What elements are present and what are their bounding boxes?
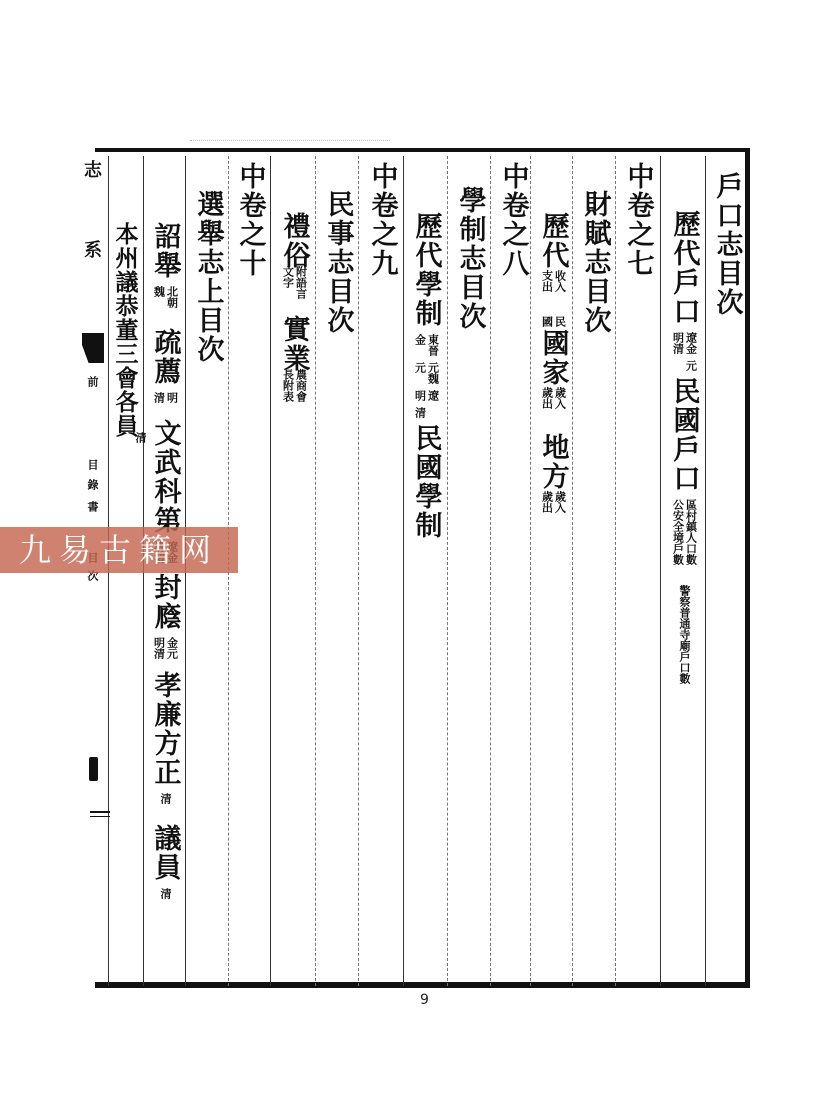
fold-edge-title: 系 [78, 240, 100, 264]
column-rule [447, 156, 448, 986]
entry-note: 遼金 明清 [672, 332, 697, 354]
entry-note: 歲入 歲出 [541, 491, 566, 513]
faint-header-trace [190, 140, 390, 143]
volume-heading: 中卷之九 [363, 162, 402, 278]
entry-title: 議員 [146, 824, 185, 882]
column-volume-7: 中卷之七 [618, 162, 658, 278]
entry-note: 元魏 元 [414, 362, 439, 384]
column-finance-heading: 財賦志目次 [575, 190, 615, 335]
entry-note: 歲入 歲出 [541, 387, 566, 409]
entry-title: 疏薦 [146, 328, 185, 386]
fold-edge-dash [90, 811, 110, 813]
column-household-entries: 歷代戶口 遼金 明清 元 元 民國戶口 區村鎮人口數 公安全境戶數 警察普通寺廟… [664, 210, 704, 690]
column-rule [490, 156, 491, 986]
column-education-heading: 學制志目次 [450, 186, 490, 331]
column-rule [270, 156, 271, 986]
entry-title: 歷代戶口 [665, 210, 704, 326]
section-heading: 選舉志上目次 [189, 190, 228, 364]
column-household-heading: 戶口志目次 [707, 172, 747, 317]
entry-note: 農商會 長附表 [282, 369, 307, 402]
entry-note: 北朝 魏 [153, 286, 178, 308]
fold-edge-dash [90, 816, 110, 817]
watermark-banner: 九易古籍网 [0, 527, 238, 573]
column-rule [530, 156, 531, 986]
page-number: 9 [420, 992, 429, 1008]
column-rule [358, 156, 359, 986]
column-election-heading: 選舉志上目次 [188, 190, 228, 364]
entry-title: 民國學制 [407, 424, 446, 540]
column-volume-9: 中卷之九 [362, 162, 402, 278]
entry-note: 清 [159, 793, 171, 804]
column-rule [705, 156, 706, 986]
fold-edge-label: 錄 [86, 475, 108, 494]
entry-note: 金元 明清 [153, 637, 178, 659]
column-rule [315, 156, 316, 986]
entry-note: 民 國 [541, 316, 566, 327]
column-rule [615, 156, 616, 986]
entry-title: 實業 [275, 315, 314, 373]
entry-title: 歷代 [534, 212, 573, 270]
fold-edge-label: 書 [86, 497, 108, 516]
fold-edge-label: 目 [86, 455, 108, 474]
entry-note: 清 [159, 888, 171, 899]
column-volume-10: 中卷之十 [230, 162, 270, 278]
column-civil-heading: 民事志目次 [318, 190, 358, 335]
volume-heading: 中卷之八 [494, 162, 533, 278]
entry-title: 民國戶口 [665, 377, 704, 493]
entry-note: 區村鎮人口數 公安全境戶數 [672, 499, 697, 565]
entry-note: 收入 支出 [541, 270, 566, 292]
section-heading: 財賦志目次 [576, 190, 615, 335]
entry-note: 遼 明 [414, 390, 439, 401]
entry-title: 詔舉 [146, 222, 185, 280]
entry-title: 國家 [534, 329, 573, 387]
entry-note: 東晉 金 [414, 334, 439, 356]
fold-edge-title: 志 [78, 160, 100, 184]
column-education-entries: 歷代學制 東晉 金 元魏 元 遼 明 清 清 民國學制 [406, 212, 446, 540]
entry-note: 警察普通寺廟戶口數 [678, 585, 690, 684]
entry-title: 地方 [534, 433, 573, 491]
entry-title: 禮俗 [275, 212, 314, 270]
entry-note: 清 清 [414, 407, 439, 418]
entry-title: 孝廉方正 [146, 671, 185, 787]
column-rule [660, 156, 661, 986]
entry-note: 清 [134, 432, 146, 443]
entry-note: 元 元 [672, 360, 697, 371]
column-volume-8: 中卷之八 [493, 162, 533, 278]
column-rule [403, 156, 404, 986]
column-finance-entries: 歷代 收入 支出 民 國 國家 歲入 歲出 地方 歲入 歲出 [533, 212, 573, 519]
section-heading: 學制志目次 [451, 186, 490, 331]
column-council-members: 本州議恭董三會各員 清 [105, 222, 145, 449]
entry-note: 明 清 [153, 392, 178, 403]
fold-edge-label: 前 [86, 372, 108, 391]
column-civil-entries: 禮俗 附語言 文字 實業 農商會 長附表 [274, 212, 314, 408]
section-heading: 戶口志目次 [708, 172, 747, 317]
fishtail-mark [82, 333, 104, 363]
section-heading: 民事志目次 [319, 190, 358, 335]
entry-title: 文武科第 [146, 419, 185, 535]
volume-heading: 中卷之十 [231, 162, 270, 278]
fold-edge-number-mark [89, 757, 98, 781]
entry-title: 歷代學制 [407, 212, 446, 328]
volume-heading: 中卷之七 [619, 162, 658, 278]
entry-title: 本州議恭董三會各員 [109, 222, 142, 438]
entry-title: 封廕 [146, 573, 185, 631]
entry-note: 附語言 文字 [282, 266, 307, 299]
